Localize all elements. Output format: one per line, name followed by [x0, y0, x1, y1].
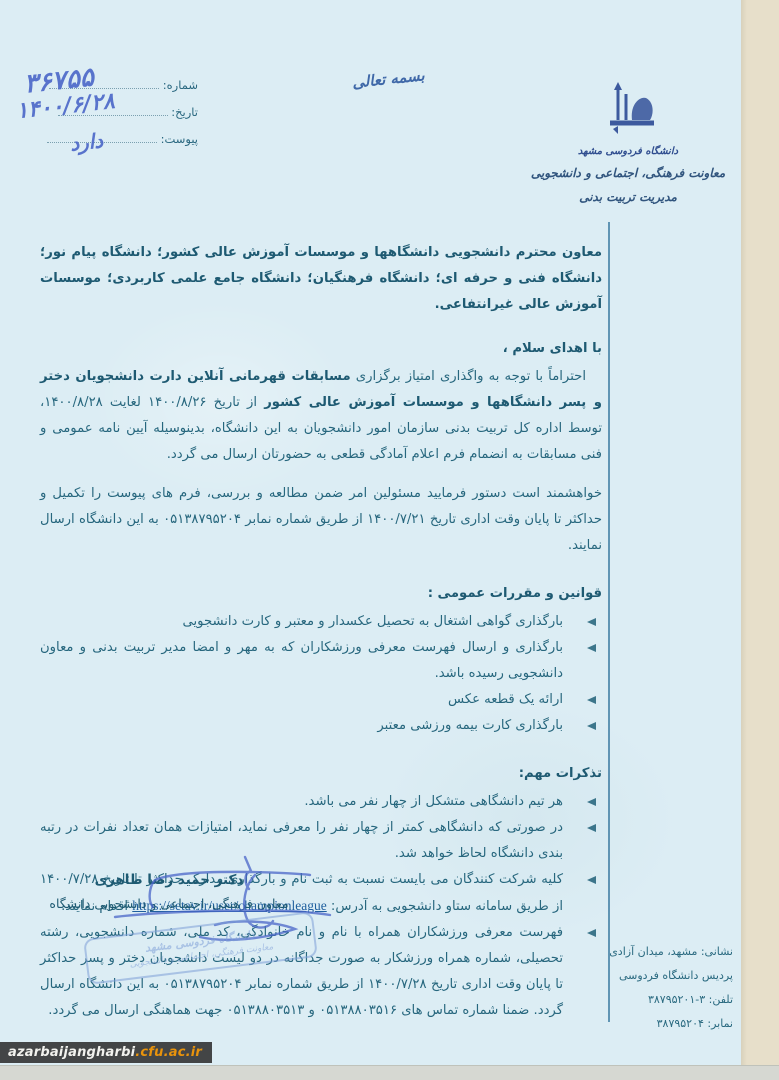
bullet-arrow-icon	[563, 876, 596, 884]
bullet-arrow-icon	[563, 798, 596, 806]
paragraph-announcement: احتراماً با توجه به واگذاری امتیاز برگزا…	[40, 364, 602, 468]
rule-item: بارگذاری گواهی اشتغال به تحصیل عکسدار و …	[40, 609, 596, 635]
ref-number-label: شماره:	[163, 78, 198, 92]
letterhead-department: معاونت فرهنگی، اجتماعی و دانشجویی	[523, 166, 733, 180]
ref-attachment-row: پیوست:	[18, 126, 198, 153]
footer-address-line1: نشانی: مشهد، میدان آزادی	[563, 940, 733, 964]
paragraph-request: خواهشمند است دستور فرمایید مسئولین امر ض…	[40, 481, 602, 559]
rules-section-heading: قوانین و مقررات عمومی :	[40, 581, 602, 607]
signer-title: معاون فرهنگی، اجتماعی و دانشجویی دانشگاه	[39, 896, 299, 911]
note-text: هر تیم دانشگاهی متشکل از چهار نفر می باش…	[40, 789, 563, 815]
margin-divider-line	[608, 222, 610, 1022]
bullet-arrow-icon	[563, 618, 596, 626]
watermark-site-name: azarbaijangharbi	[8, 1045, 135, 1060]
p1-pre: احتراماً با توجه به واگذاری امتیاز برگزا…	[351, 369, 586, 384]
salutation: با اهدای سلام ،	[40, 336, 602, 362]
rule-text: بارگذاری گواهی اشتغال به تحصیل عکسدار و …	[40, 609, 563, 635]
signer-name: دکتر حمید رضا طاهری	[39, 872, 299, 888]
watermark-banner: azarbaijangharbi.cfu.ac.ir	[0, 1042, 212, 1063]
note-text: در صورتی که دانشگاهی کمتر از چهار نفر را…	[40, 815, 563, 867]
scanned-letter-page: بسمه تعالی شماره: تاریخ: پیوست: ۳۶۷۵۵ ۱۴…	[0, 0, 779, 1080]
ferdowsi-university-logo-icon	[596, 76, 660, 144]
rule-text: بارگذاری و ارسال فهرست معرفی ورزشکاران ک…	[40, 635, 563, 687]
bullet-arrow-icon	[563, 644, 596, 652]
rule-item: بارگذاری و ارسال فهرست معرفی ورزشکاران ک…	[40, 635, 596, 687]
bismillah-calligraphy: بسمه تعالی	[351, 66, 425, 91]
watermark-domain: .cfu.ac.ir	[135, 1045, 202, 1060]
footer-phone: تلفن: ۳-۳۸۷۹۵۲۰۱	[563, 988, 733, 1012]
signature-block: دکتر حمید رضا طاهری معاون فرهنگی، اجتماع…	[39, 872, 299, 911]
note-item: در صورتی که دانشگاهی کمتر از چهار نفر را…	[40, 815, 596, 867]
letterhead-university-name: دانشگاه فردوسی مشهد	[523, 146, 733, 157]
rule-text: بارگذاری کارت بیمه ورزشی معتبر	[40, 713, 563, 739]
rule-text: ارائه یک قطعه عکس	[40, 687, 563, 713]
addressee-line: معاون محترم دانشجویی دانشگاهها و موسسات …	[40, 240, 602, 318]
rule-item: ارائه یک قطعه عکس	[40, 687, 596, 713]
bullet-arrow-icon	[563, 722, 596, 730]
rules-list: بارگذاری گواهی اشتغال به تحصیل عکسدار و …	[40, 609, 602, 739]
note-item: هر تیم دانشگاهی متشکل از چهار نفر می باش…	[40, 789, 596, 815]
letterhead: دانشگاه فردوسی مشهد معاونت فرهنگی، اجتما…	[523, 76, 733, 204]
bullet-arrow-icon	[563, 929, 596, 937]
ref-attachment-label: پیوست:	[161, 132, 198, 146]
reference-fields: شماره: تاریخ: پیوست: ۳۶۷۵۵ ۱۴۰۰/۶/۲۸ دار…	[18, 72, 198, 153]
footer-fax: نمابر: ۳۸۷۹۵۲۰۴	[563, 1012, 733, 1036]
letterhead-office: مدیریت تربیت بدنی	[523, 190, 733, 204]
rule-item: بارگذاری کارت بیمه ورزشی معتبر	[40, 713, 596, 739]
scan-edge-bottom	[0, 1065, 779, 1080]
scan-edge-right	[741, 0, 779, 1068]
bullet-arrow-icon	[563, 696, 596, 704]
footer-address-line2: پردیس دانشگاه فردوسی	[563, 964, 733, 988]
footer-contact-block: نشانی: مشهد، میدان آزادی پردیس دانشگاه ف…	[563, 940, 733, 1036]
handwritten-attachment: دارد	[69, 128, 104, 155]
bullet-arrow-icon	[563, 824, 596, 832]
ref-date-label: تاریخ:	[171, 105, 198, 119]
notes-section-heading: تذکرات مهم:	[40, 761, 602, 787]
